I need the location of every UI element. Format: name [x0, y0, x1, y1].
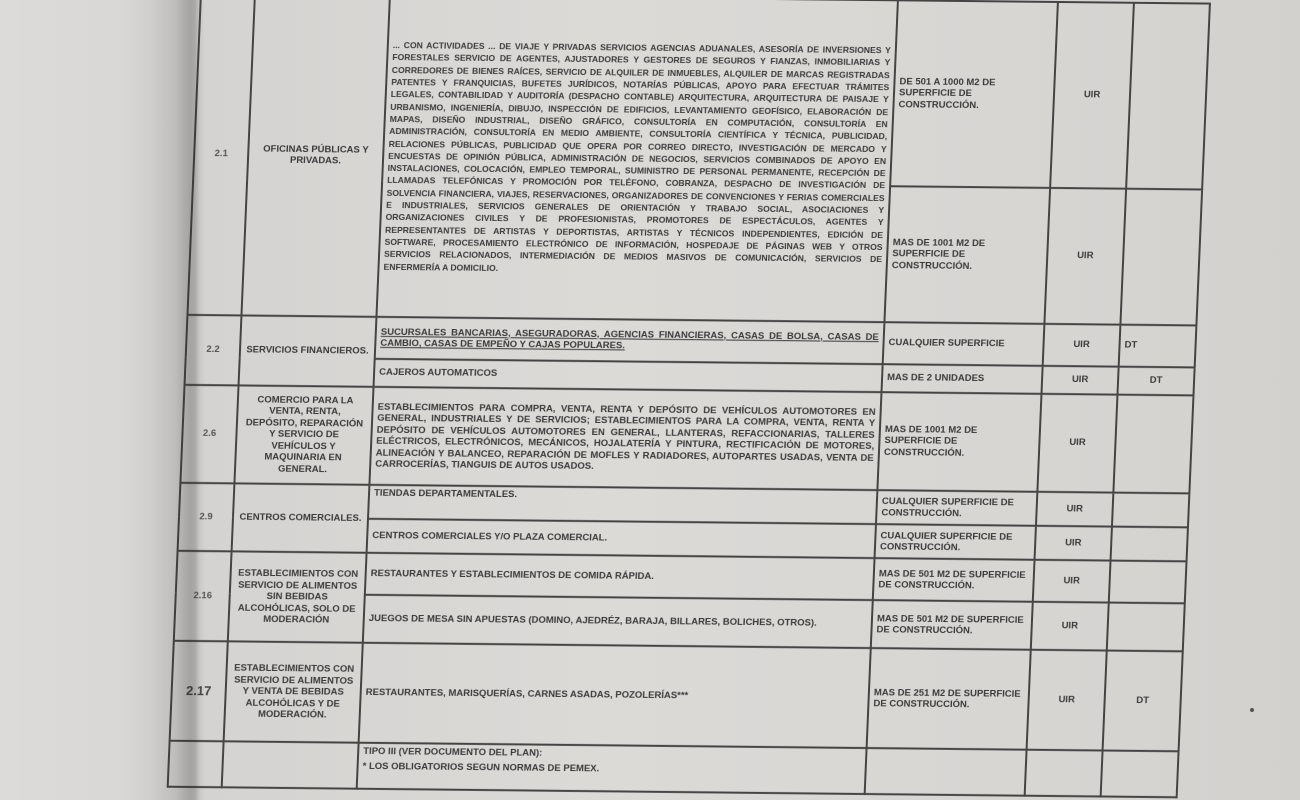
dt-cell: [1113, 395, 1193, 494]
uir-cell: UIR: [1037, 394, 1117, 493]
dt-cell: [1109, 561, 1187, 604]
dt-cell: [1120, 189, 1202, 326]
surface-cell: DE 501 A 1000 M2 DE SUPERFICIE DE CONSTR…: [890, 0, 1058, 188]
surface-cell: CUALQUIER SUPERFICIE DE CONSTRUCCIÓN.: [875, 524, 1036, 560]
surface-cell: MAS DE 2 UNIDADES: [881, 364, 1042, 394]
uir-cell: UIR: [1027, 650, 1107, 751]
dt-cell: [1126, 3, 1210, 190]
description-cell: ... CON ACTIVIDADES ... DE VIAJE Y PRIVA…: [376, 0, 897, 322]
uir-cell: UIR: [1044, 188, 1126, 325]
description-cell: TIENDAS DEPARTAMENTALES.: [368, 485, 877, 524]
row-number: 2.16: [174, 551, 232, 642]
table-row: 2.17 ESTABLECIMIENTOS CON SERVICIO DE AL…: [170, 641, 1183, 752]
row-number: 2.17: [170, 641, 228, 742]
description-cell: RESTAURANTES, MARISQUERÍAS, CARNES ASADA…: [359, 643, 871, 748]
category-cell: SERVICIOS FINANCIEROS.: [239, 315, 377, 386]
uir-cell: UIR: [1043, 324, 1121, 367]
dt-cell: [1101, 750, 1179, 797]
description-line: TIPO III (VER DOCUMENTO DEL PLAN):: [363, 746, 861, 763]
surface-cell: MAS DE 251 M2 DE SUPERFICIE DE CONSTRUCC…: [867, 648, 1031, 750]
row-number: 2.6: [180, 385, 238, 484]
table-row: TIPO III (VER DOCUMENTO DEL PLAN): * LOS…: [168, 741, 1179, 798]
ink-mark: [1250, 708, 1254, 712]
uir-cell: UIR: [1041, 366, 1118, 395]
dt-cell: [1112, 493, 1189, 528]
surface-cell: MAS DE 1001 M2 DE SUPERFICIE DE CONSTRUC…: [877, 392, 1041, 492]
uir-cell: UIR: [1035, 526, 1112, 561]
uir-cell: UIR: [1036, 492, 1113, 527]
surface-cell: MAS DE 1001 M2 DE SUPERFICIE DE CONSTRUC…: [884, 186, 1050, 324]
category-cell: COMERCIO PARA LA VENTA, RENTA, DEPÓSITO,…: [234, 385, 373, 484]
description-cell: ESTABLECIMIENTOS PARA COMPRA, VENTA, REN…: [369, 387, 881, 490]
dt-cell: DT: [1117, 367, 1194, 396]
row-number: [168, 741, 224, 788]
dt-cell: DT: [1119, 325, 1197, 368]
description-cell: CENTROS COMERCIALES Y/O PLAZA COMERCIAL.: [367, 519, 876, 558]
description-cell: JUEGOS DE MESA SIN APUESTAS (DOMINO, AJE…: [363, 595, 873, 648]
dt-cell: DT: [1103, 651, 1183, 752]
surface-cell: [865, 748, 1027, 796]
description-cell: TIPO III (VER DOCUMENTO DEL PLAN): * LOS…: [357, 743, 867, 794]
dt-cell: [1107, 603, 1185, 652]
category-cell: ESTABLECIMIENTOS CON SERVICIO DE ALIMENT…: [224, 641, 363, 742]
document-photo: 2.1 OFICINAS PÚBLICAS Y PRIVADAS. ... CO…: [0, 0, 1300, 800]
surface-cell: MAS DE 501 M2 DE SUPERFICIE DE CONSTRUCC…: [873, 558, 1035, 602]
category-cell: OFICINAS PÚBLICAS Y PRIVADAS.: [241, 0, 389, 317]
land-use-table: 2.1 OFICINAS PÚBLICAS Y PRIVADAS. ... CO…: [167, 0, 1211, 798]
uir-cell: UIR: [1031, 602, 1109, 651]
description-line: * LOS OBLIGATORIOS SEGUN NORMAS DE PEMEX…: [362, 760, 860, 777]
uir-cell: UIR: [1033, 560, 1111, 603]
table-row: 2.6 COMERCIO PARA LA VENTA, RENTA, DEPÓS…: [180, 385, 1193, 494]
category-cell: CENTROS COMERCIALES.: [232, 483, 370, 552]
surface-cell: CUALQUIER SUPERFICIE DE CONSTRUCCIÓN.: [876, 490, 1037, 526]
uir-cell: [1025, 750, 1103, 797]
dt-cell: [1111, 527, 1188, 562]
surface-cell: MAS DE 501 M2 DE SUPERFICIE DE CONSTRUCC…: [871, 600, 1033, 650]
category-cell: ESTABLECIMIENTOS CON SERVICIO DE ALIMENT…: [228, 551, 367, 642]
description-cell: SUCURSALES BANCARIAS, ASEGURADORAS, AGEN…: [375, 317, 885, 364]
category-cell: [222, 741, 359, 788]
row-number: 2.2: [185, 315, 242, 386]
uir-cell: UIR: [1050, 2, 1134, 189]
surface-cell: CUALQUIER SUPERFICIE: [883, 322, 1045, 366]
description-cell: RESTAURANTES Y ESTABLECIMIENTOS DE COMID…: [365, 553, 875, 600]
table-row: 2.1 OFICINAS PÚBLICAS Y PRIVADAS. ... CO…: [193, 0, 1210, 190]
page-fold-shadow: [0, 0, 200, 800]
row-number: 2.9: [178, 483, 235, 552]
